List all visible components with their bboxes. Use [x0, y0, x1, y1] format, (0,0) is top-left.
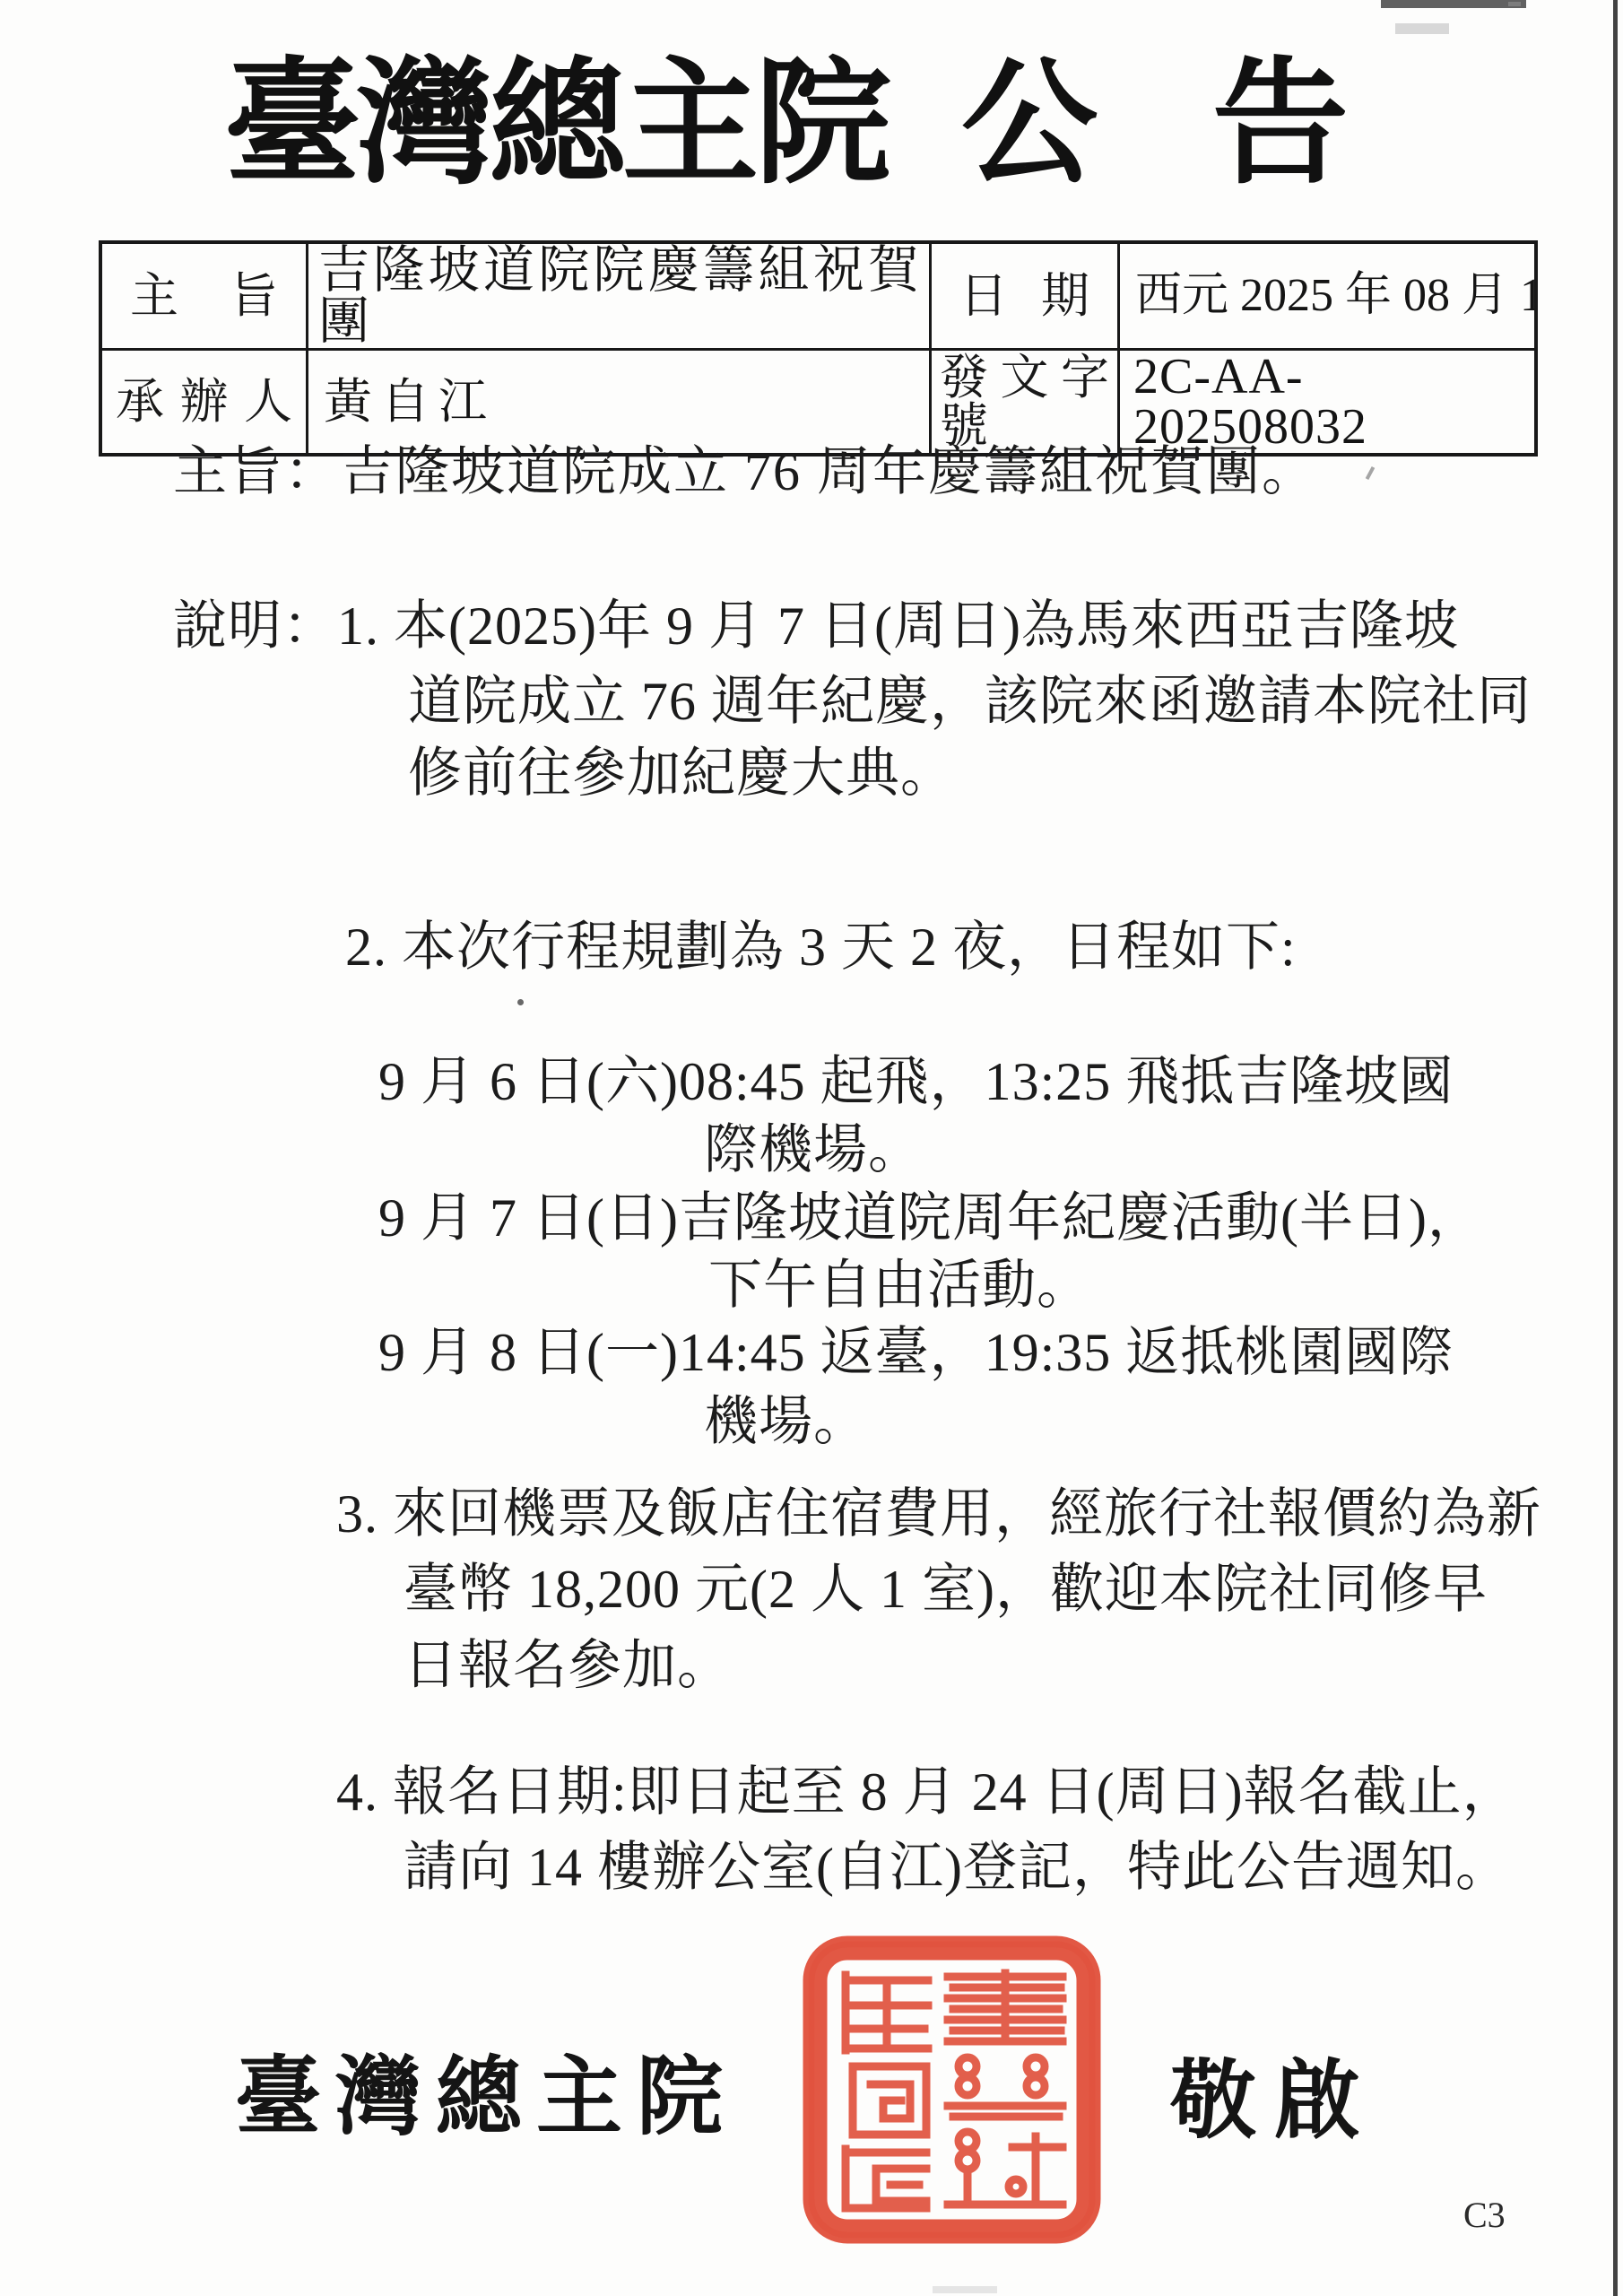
- title-org-name: 臺灣總主院: [224, 43, 888, 206]
- body-line: 修前往參加紀慶大典。: [408, 746, 955, 800]
- scan-artifact: [517, 999, 524, 1005]
- body-line: 際機場。: [704, 1123, 923, 1177]
- scan-artifact: [933, 2286, 997, 2293]
- title-announce-char-2: 告: [1212, 43, 1349, 206]
- scan-artifact-edge-line: [1613, 0, 1618, 2296]
- body-line-item-2: 2. 本次行程規劃為 3 天 2 夜，日程如下:: [345, 920, 1297, 974]
- scan-artifact: [1366, 466, 1376, 480]
- body-line-schedule-1: 9 月 6 日(六)08:45 起飛，13:25 飛抵吉隆坡國: [378, 1055, 1454, 1109]
- announcement-document: 臺灣總主院 公 告 主旨 吉隆坡道院院慶籌組祝賀團 日期 西元 2025 年 0…: [0, 0, 1623, 2296]
- body-line-item-4: 4. 報名日期:即日起至 8 月 24 日(周日)報名截止，: [336, 1765, 1517, 1819]
- body-line: 下午自由活動。: [708, 1258, 1091, 1312]
- ref-number-value: 2C-AA-202508032: [1121, 352, 1533, 452]
- scan-artifact: [1381, 0, 1526, 8]
- document-title: 臺灣總主院 公 告: [224, 43, 1349, 206]
- body-line-item-3: 3. 來回機票及飯店住宿費用，經旅行社報價約為新: [336, 1487, 1541, 1541]
- table-row: 承辦人 黃自江 發文字號 2C-AA-202508032: [100, 350, 1536, 456]
- handler-label: 承辦人: [103, 378, 305, 426]
- meta-info-table: 主旨 吉隆坡道院院慶籌組祝賀團 日期 西元 2025 年 08 月 12 日 承…: [99, 240, 1538, 457]
- scan-artifact: [1508, 2, 1521, 6]
- body-line-schedule-3: 9 月 8 日(一)14:45 返臺，19:35 返抵桃園國際: [378, 1326, 1454, 1379]
- ref-number-label: 發文字號: [933, 353, 1116, 450]
- signature-closing: 敬啟: [1170, 2032, 1378, 2155]
- body-line: 機場。: [704, 1395, 868, 1448]
- page-code: C3: [1463, 2194, 1506, 2236]
- subject-line: 主旨：吉隆坡道院成立 76 周年慶籌組祝賀團。: [173, 445, 1317, 499]
- body-line: 日報名參加。: [404, 1639, 732, 1692]
- body-line: 臺幣 18,200 元(2 人 1 室)，歡迎本院社同修早: [404, 1562, 1488, 1616]
- table-row: 主旨 吉隆坡道院院慶籌組祝賀團 日期 西元 2025 年 08 月 12 日: [100, 242, 1536, 350]
- date-value: 西元 2025 年 08 月 12 日: [1121, 273, 1533, 319]
- body-line-explanation-1: 說明：1. 本(2025)年 9 月 7 日(周日)為馬來西亞吉隆坡: [173, 599, 1459, 653]
- body-line: 請向 14 樓辦公室(自江)登記，特此公告週知。: [404, 1840, 1510, 1894]
- body-line: 道院成立 76 週年紀慶，該院來函邀請本院社同: [408, 674, 1532, 728]
- date-label: 日期: [933, 272, 1116, 320]
- subject-label: 主旨: [103, 272, 305, 320]
- scan-artifact: [1395, 23, 1449, 34]
- signature-org-name: 臺灣總主院: [235, 2029, 737, 2152]
- official-seal-stamp: [801, 1934, 1103, 2246]
- body-line-schedule-2: 9 月 7 日(日)吉隆坡道院周年紀慶活動(半日)，: [378, 1191, 1482, 1245]
- handler-value: 黃自江: [309, 378, 928, 426]
- subject-value: 吉隆坡道院院慶籌組祝賀團: [309, 245, 928, 347]
- title-announce-char-1: 公: [961, 43, 1098, 206]
